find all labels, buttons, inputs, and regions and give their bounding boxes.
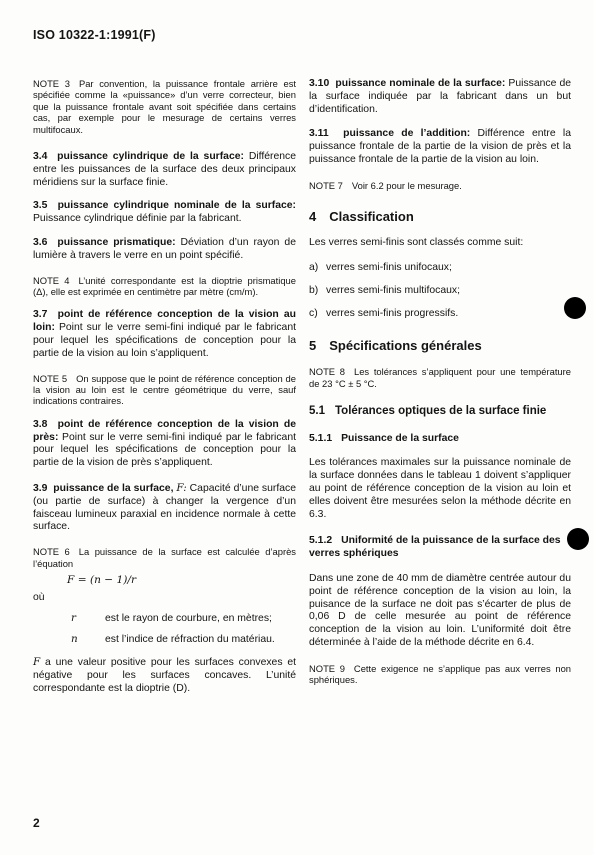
definition-3-5-term: 3.5 puissance cylindrique nominale de la… <box>33 200 296 211</box>
note-7-text: Voir 6.2 pour le mesurage. <box>352 180 462 191</box>
heading-4-number: 4 <box>309 209 316 224</box>
definition-3-9-term: 3.9 puissance de la surface, <box>33 483 173 494</box>
definition-3-11-term: 3.11 puissance de l’addition: <box>309 128 470 139</box>
note-9-text: Cette exigence ne s’applique pas aux ver… <box>309 663 571 685</box>
f-sign-paragraph: F a une valeur positive pour les surface… <box>33 656 296 695</box>
classification-item-a-label: a) <box>309 262 326 275</box>
definition-3-4: 3.4 puissance cylindrique de la surface:… <box>33 151 296 189</box>
heading-5-1-title: Tolérances optiques de la surface finie <box>335 405 546 417</box>
definition-3-11: 3.11 puissance de l’addition: Différence… <box>309 128 571 166</box>
heading-5-1: 5.1Tolérances optiques de la surface fin… <box>309 405 571 419</box>
classification-item-a: a)verres semi-finis unifocaux; <box>309 262 571 275</box>
paragraph-5-1-2: Dans une zone de 40 mm de diamètre centr… <box>309 573 571 650</box>
note-9-label: NOTE 9 <box>309 663 345 674</box>
definition-3-5-text: Puissance cylindrique définie par la fab… <box>33 213 242 224</box>
page-number: 2 <box>33 816 40 830</box>
two-column-body: NOTE 3Par convention, la puissance front… <box>33 78 571 696</box>
definition-3-4-term: 3.4 puissance cylindrique de la surface: <box>33 151 244 162</box>
note-9: NOTE 9Cette exigence ne s’applique pas a… <box>309 663 571 686</box>
heading-4-title: Classification <box>329 209 414 224</box>
note-8-text: Les tolérances s’appliquent pour une tem… <box>309 366 571 388</box>
heading-5-1-2-title: Uniformité de la puissance de la surface… <box>309 535 561 559</box>
note-3: NOTE 3Par convention, la puissance front… <box>33 78 296 135</box>
note-3-text: Par convention, la puissance frontale ar… <box>33 78 296 135</box>
note-4: NOTE 4L’unité correspondante est la diop… <box>33 275 296 298</box>
where-label: où <box>33 592 296 605</box>
formula-definition-n: nest l’indice de réfraction du matériau. <box>33 633 296 647</box>
paragraph-5-1-1: Les tolérances maximales sur la puissanc… <box>309 457 571 521</box>
classification-intro: Les verres semi-finis sont classés comme… <box>309 237 571 250</box>
right-column: 3.10 puissance nominale de la surface: P… <box>309 78 571 696</box>
note-4-label: NOTE 4 <box>33 275 70 286</box>
classification-item-b: b)verres semi-finis multifocaux; <box>309 285 571 298</box>
note-6-label: NOTE 6 <box>33 546 70 557</box>
classification-item-c-text: verres semi-finis progressifs. <box>326 308 458 319</box>
note-8-label: NOTE 8 <box>309 366 345 377</box>
note-7-label: NOTE 7 <box>309 180 343 191</box>
heading-5-1-2-number: 5.1.2 <box>309 535 332 546</box>
definition-3-10-term: 3.10 puissance nominale de la surface: <box>309 78 505 89</box>
note-5-text: On suppose que le point de référence con… <box>33 373 296 407</box>
heading-5-general-specifications: 5Spécifications générales <box>309 338 571 353</box>
definition-3-9-symbol: F: <box>176 482 186 494</box>
heading-5-title: Spécifications générales <box>329 338 481 353</box>
classification-item-b-label: b) <box>309 285 326 298</box>
note-7: NOTE 7Voir 6.2 pour le mesurage. <box>309 180 571 191</box>
registration-dot-bottom <box>567 528 589 550</box>
classification-item-c: c)verres semi-finis progressifs. <box>309 308 571 321</box>
heading-5-1-1: 5.1.1Puissance de la surface <box>309 433 571 446</box>
note-3-label: NOTE 3 <box>33 78 70 89</box>
note-5: NOTE 5On suppose que le point de référen… <box>33 373 296 407</box>
note-6-text: La puissance de la surface est calculée … <box>33 546 296 568</box>
variable-r-text: est le rayon de courbure, en mètres; <box>105 613 272 624</box>
heading-5-1-1-number: 5.1.1 <box>309 433 332 444</box>
variable-r: r <box>71 612 105 625</box>
heading-5-1-1-title: Puissance de la surface <box>341 433 459 444</box>
left-column: NOTE 3Par convention, la puissance front… <box>33 78 296 696</box>
definition-3-6-term: 3.6 puissance prismatique: <box>33 237 176 248</box>
definition-3-5: 3.5 puissance cylindrique nominale de la… <box>33 200 296 226</box>
classification-item-b-text: verres semi-finis multifocaux; <box>326 285 460 296</box>
heading-5-number: 5 <box>309 338 316 353</box>
registration-dot-top <box>564 297 586 319</box>
note-6: NOTE 6La puissance de la surface est cal… <box>33 546 296 569</box>
note-8: NOTE 8Les tolérances s’appliquent pour u… <box>309 366 571 389</box>
definition-3-7-text: Point sur le verre semi-fini indiqué par… <box>33 322 296 359</box>
definition-3-6: 3.6 puissance prismatique: Déviation d’u… <box>33 237 296 263</box>
variable-f: F <box>33 656 40 668</box>
note-4-text: L’unité correspondante est la dioptrie p… <box>33 275 296 297</box>
variable-n: n <box>71 633 105 646</box>
variable-n-text: est l’indice de réfraction du matériau. <box>105 634 275 645</box>
surface-power-formula: F = (n − 1)/r <box>33 574 296 587</box>
heading-5-1-2: 5.1.2Uniformité de la puissance de la su… <box>309 535 571 561</box>
note-5-label: NOTE 5 <box>33 373 67 384</box>
definition-3-8-text: Point sur le verre semi-fini indiqué par… <box>33 432 296 469</box>
definition-3-8: 3.8 point de référence conception de la … <box>33 419 296 470</box>
document-reference-header: ISO 10322-1:1991(F) <box>33 28 571 42</box>
definition-3-7: 3.7 point de référence conception de la … <box>33 309 296 360</box>
definition-3-9: 3.9 puissance de la surface, F: Capacité… <box>33 482 296 534</box>
f-sign-text: a une valeur positive pour les surfaces … <box>33 657 296 694</box>
classification-item-c-label: c) <box>309 308 326 321</box>
heading-5-1-number: 5.1 <box>309 405 325 417</box>
classification-item-a-text: verres semi-finis unifocaux; <box>326 262 452 273</box>
document-page: ISO 10322-1:1991(F) NOTE 3Par convention… <box>0 0 594 855</box>
heading-4-classification: 4Classification <box>309 209 571 224</box>
formula-definition-r: rest le rayon de courbure, en mètres; <box>33 612 296 626</box>
definition-3-10: 3.10 puissance nominale de la surface: P… <box>309 78 571 116</box>
